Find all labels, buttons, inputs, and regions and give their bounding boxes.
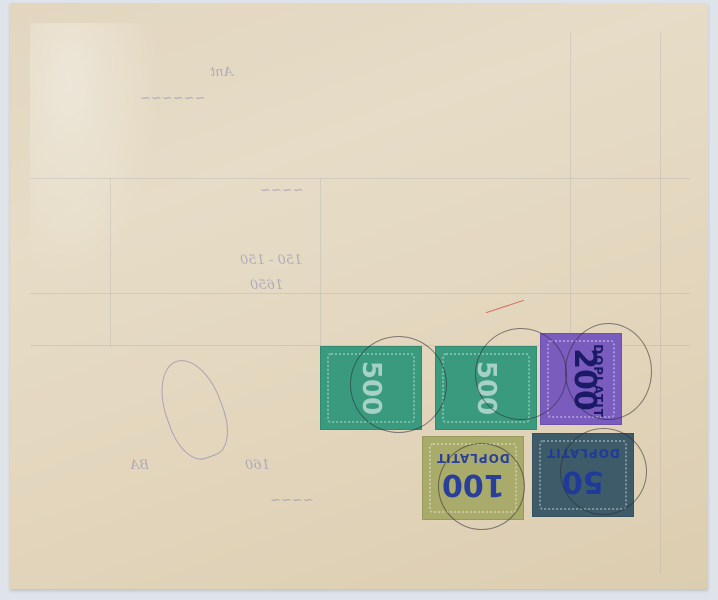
document-sheet: Ant ~~~~~~ ~~~~ 150 - 150 1650 BA 160 ~~… bbox=[10, 3, 708, 589]
postmark-cancel bbox=[565, 323, 652, 420]
handwriting: ~~~~~~ bbox=[140, 91, 205, 106]
handwriting: 150 - 150 bbox=[240, 253, 302, 268]
handwriting: ~~~~ bbox=[270, 493, 314, 508]
postmark-cancel bbox=[438, 443, 525, 530]
paper-crease bbox=[30, 23, 160, 283]
handwriting: ~~~~ bbox=[260, 183, 304, 198]
form-rule bbox=[30, 178, 690, 179]
handwriting: 160 bbox=[245, 458, 270, 473]
postmark-cancel bbox=[350, 336, 447, 433]
form-rule bbox=[570, 33, 571, 353]
postmark-cancel bbox=[475, 328, 567, 420]
form-rule bbox=[30, 293, 690, 294]
handwriting: BA bbox=[130, 458, 149, 473]
handwriting: 1650 bbox=[250, 278, 283, 293]
postmark-cancel bbox=[560, 428, 647, 515]
form-rule bbox=[110, 178, 111, 348]
handwriting: Ant bbox=[210, 65, 233, 80]
red-pencil-mark bbox=[486, 300, 524, 313]
form-rule bbox=[320, 178, 321, 348]
form-rule bbox=[660, 33, 661, 573]
signature-loop bbox=[149, 351, 237, 466]
